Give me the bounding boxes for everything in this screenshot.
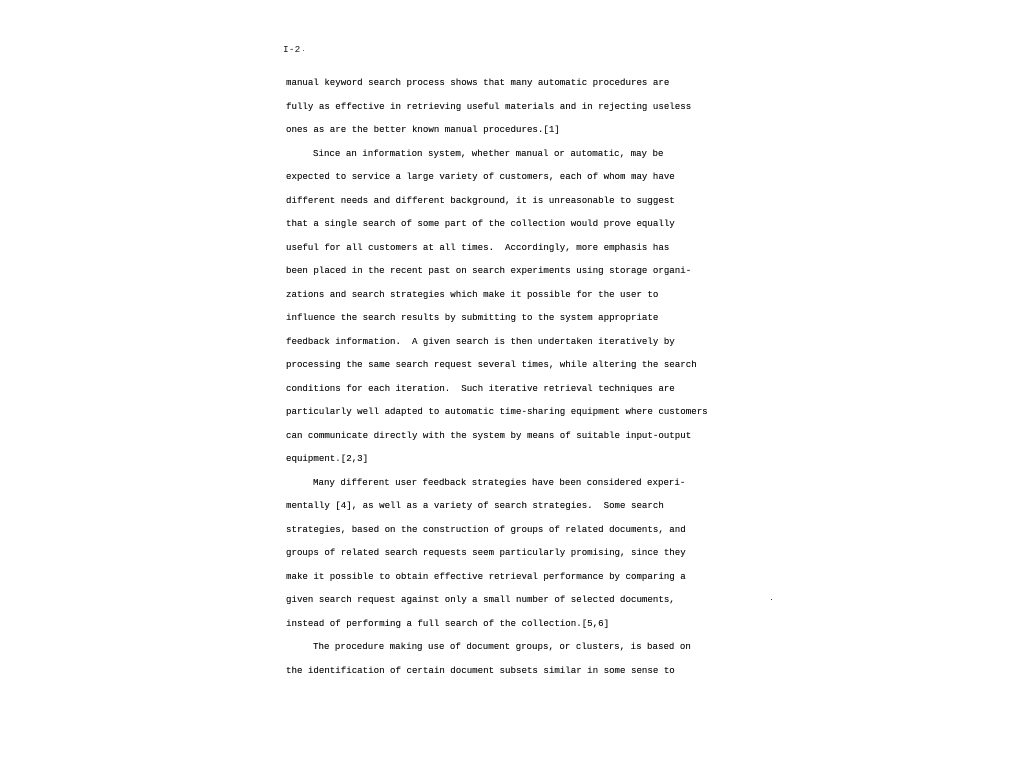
text-line: expected to service a large variety of c… [286, 170, 746, 194]
text-line: strategies, based on the construction of… [286, 523, 746, 547]
text-line: ones as are the better known manual proc… [286, 123, 746, 147]
text-line: instead of performing a full search of t… [286, 617, 746, 641]
text-line: Many different user feedback strategies … [286, 476, 746, 500]
text-line: that a single search of some part of the… [286, 217, 746, 241]
text-line: Since an information system, whether man… [286, 147, 746, 171]
text-line: the identification of certain document s… [286, 664, 746, 688]
text-line: The procedure making use of document gro… [286, 640, 746, 664]
text-line: useful for all customers at all times. A… [286, 241, 746, 265]
text-line: equipment.[2,3] [286, 452, 746, 476]
text-line: manual keyword search process shows that… [286, 76, 746, 100]
text-line: been placed in the recent past on search… [286, 264, 746, 288]
text-line: particularly well adapted to automatic t… [286, 405, 746, 429]
text-line: zations and search strategies which make… [286, 288, 746, 312]
scanned-document-page: I-2 manual keyword search process shows … [0, 0, 1024, 768]
text-line: conditions for each iteration. Such iter… [286, 382, 746, 406]
text-line: fully as effective in retrieving useful … [286, 100, 746, 124]
text-line: make it possible to obtain effective ret… [286, 570, 746, 594]
text-line: feedback information. A given search is … [286, 335, 746, 359]
scan-speck [303, 50, 304, 51]
text-line: different needs and different background… [286, 194, 746, 218]
text-line: mentally [4], as well as a variety of se… [286, 499, 746, 523]
text-line: given search request against only a smal… [286, 593, 746, 617]
scan-speck [771, 599, 772, 600]
page-number: I-2 [283, 43, 300, 57]
text-line: processing the same search request sever… [286, 358, 746, 382]
text-line: influence the search results by submitti… [286, 311, 746, 335]
text-line: groups of related search requests seem p… [286, 546, 746, 570]
body-text: manual keyword search process shows that… [286, 76, 746, 687]
text-line: can communicate directly with the system… [286, 429, 746, 453]
